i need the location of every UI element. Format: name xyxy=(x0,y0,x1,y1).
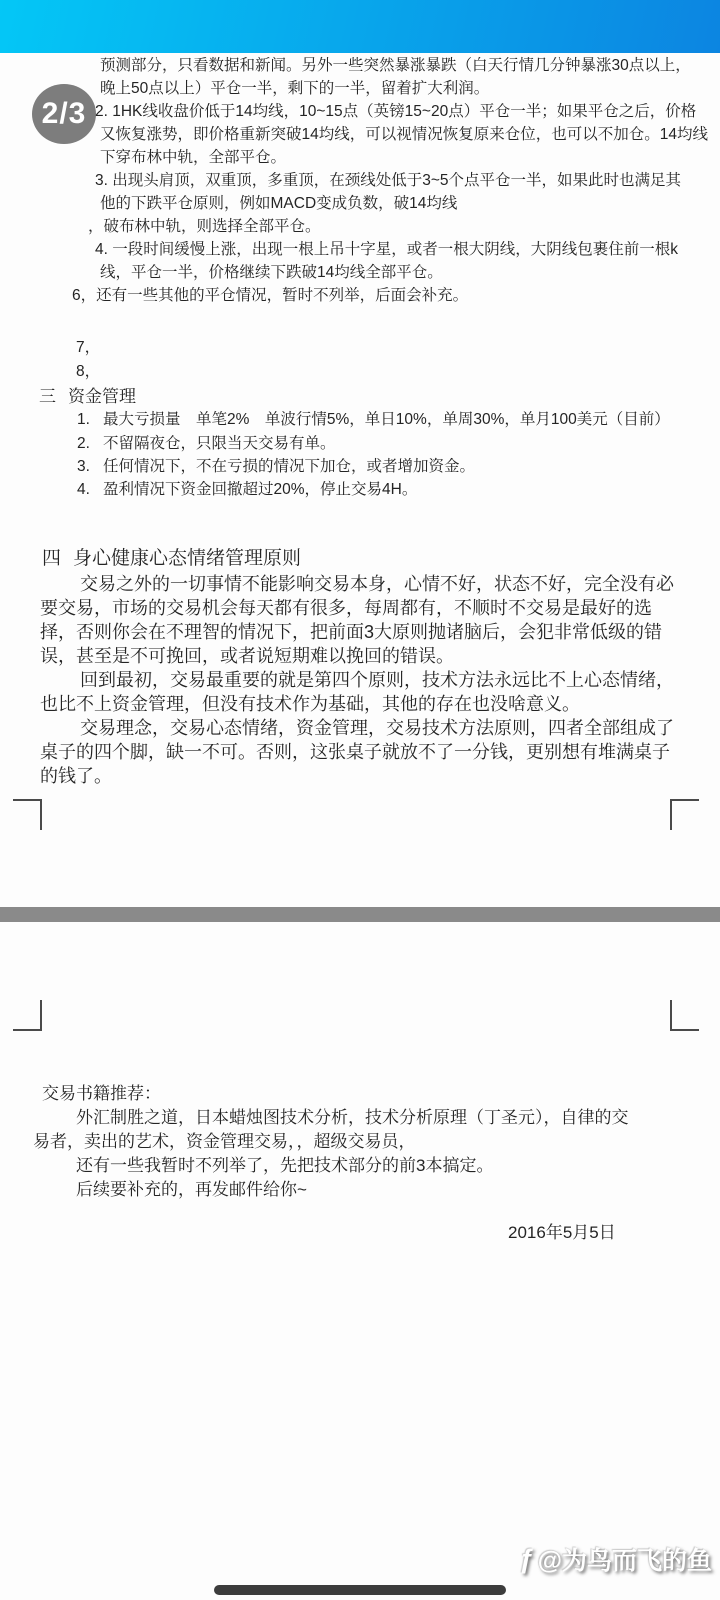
list-item-number: 2. xyxy=(77,434,103,453)
list-item-number: 4. xyxy=(77,480,103,499)
section-title: 资金管理 xyxy=(68,387,136,406)
doc-text-line: ，破布林中轨，则选择全部平仓。 xyxy=(88,217,321,236)
watermark: ƒ @为鸟而飞的鱼 xyxy=(519,1541,712,1577)
doc-text-line: 也比不上资金管理，但没有技术作为基础，其他的存在也没啥意义。 xyxy=(40,693,580,716)
doc-text-line: 4. 一段时间缓慢上涨，出现一根上吊十字星，或者一根大阴线，大阴线包裹住前一根k xyxy=(95,240,678,259)
doc-text-line: 桌子的四个脚，缺一不可。否则，这张桌子就放不了一分钱，更别想有堆满桌子 xyxy=(40,741,670,764)
list-item: 1.最大亏损量 单笔2% 单波行情5%，单日10%，单周30%，单月100美元（… xyxy=(77,410,670,429)
doc-text-line: 线，平仓一半，价格继续下跌破14均线全部平仓。 xyxy=(100,263,443,282)
doc-text-line: 择，否则你会在不理智的情况下，把前面3大原则抛诸脑后，会犯非常低级的错 xyxy=(40,621,662,644)
section-title: 身心健康心态情绪管理原则 xyxy=(73,548,301,569)
list-item-6: 6，还有一些其他的平仓情况，暂时不列举，后面会补充。 xyxy=(72,286,468,305)
list-item: 3.任何情况下，不在亏损的情况下加仓，或者增加资金。 xyxy=(77,457,475,476)
doc-text-line: 交易理念，交易心态情绪，资金管理，交易技术方法原则，四者全部组成了 xyxy=(80,717,674,740)
list-item: 4.盈利情况下资金回撤超过20%，停止交易4H。 xyxy=(77,480,417,499)
section-heading-mindset: 四身心健康心态情绪管理原则 xyxy=(42,547,301,571)
text-boundary-mark-bottom-left xyxy=(13,799,42,830)
list-item-8: 8， xyxy=(76,362,100,381)
section-heading-money-management: 三资金管理 xyxy=(39,386,136,407)
list-item-7: 7， xyxy=(76,338,100,357)
list-item-number: 3. xyxy=(77,457,103,476)
doc-text-line: 易者，卖出的艺术，资金管理交易，，超级交易员， xyxy=(33,1131,416,1152)
doc-text-line: 预测部分，只看数据和新闻。另外一些突然暴涨暴跌（白天行情几分钟暴涨30点以上， xyxy=(100,56,691,75)
text-boundary-mark-top-right xyxy=(670,1000,699,1031)
list-item: 2.不留隔夜仓，只限当天交易有单。 xyxy=(77,434,336,453)
section-number: 四 xyxy=(42,547,61,571)
screen: 2/3 预测部分，只看数据和新闻。另外一些突然暴涨暴跌（白天行情几分钟暴涨30点… xyxy=(0,0,720,1600)
doc-text-line: 外汇制胜之道，日本蜡烛图技术分析，技术分析原理（丁圣元），自律的交 xyxy=(76,1107,629,1128)
doc-text-line: 3. 出现头肩顶，双重顶，多重顶，在颈线处低于3~5个点平仓一半，如果此时也满足… xyxy=(95,171,681,190)
doc-text-line: 又恢复涨势，即价格重新突破14均线，可以视情况恢复原来仓位，也可以不加仓。14均… xyxy=(100,125,708,144)
page-divider-band xyxy=(0,907,720,922)
watermark-logo-icon: ƒ xyxy=(519,1544,534,1575)
home-indicator[interactable] xyxy=(214,1585,506,1595)
doc-text-line: 回到最初，交易最重要的就是第四个原则，技术方法永远比不上心态情绪， xyxy=(80,669,674,692)
list-item-text: 不留隔夜仓，只限当天交易有单。 xyxy=(103,435,336,452)
doc-text-line: 要交易，市场的交易机会每天都有很多，每周都有，不顺时不交易是最好的选 xyxy=(40,597,652,620)
list-item-text: 盈利情况下资金回撤超过20%，停止交易4H。 xyxy=(103,481,417,498)
list-item-text: 任何情况下，不在亏损的情况下加仓，或者增加资金。 xyxy=(103,458,475,475)
list-item-number: 1. xyxy=(77,410,103,429)
doc-text-line: 晚上50点以上）平仓一半，剩下的一半，留着扩大利润。 xyxy=(100,79,489,98)
doc-date: 2016年5月5日 xyxy=(508,1222,616,1243)
doc-text-line: 下穿布林中轨，全部平仓。 xyxy=(100,148,286,167)
doc-text-line: 他的下跌平仓原则，例如MACD变成负数，破14均线 xyxy=(100,194,457,213)
doc-text-line: 交易之外的一切事情不能影响交易本身，心情不好，状态不好，完全没有必 xyxy=(80,573,674,596)
text-boundary-mark-bottom-right xyxy=(670,799,699,830)
books-heading: 交易书籍推荐： xyxy=(42,1083,161,1104)
document-scroll-area[interactable]: 预测部分，只看数据和新闻。另外一些突然暴涨暴跌（白天行情几分钟暴涨30点以上， … xyxy=(0,0,720,1600)
doc-text-line: 还有一些我暂时不列举了，先把技术部分的前3本搞定。 xyxy=(76,1155,493,1176)
doc-text-line: 误，甚至是不可挽回，或者说短期难以挽回的错误。 xyxy=(40,645,454,668)
list-item-text: 最大亏损量 单笔2% 单波行情5%，单日10%，单周30%，单月100美元（目前… xyxy=(103,411,670,428)
doc-text-line: 的钱了。 xyxy=(40,765,112,788)
doc-text-line: 后续要补充的，再发邮件给你~ xyxy=(76,1179,307,1200)
watermark-handle: @为鸟而飞的鱼 xyxy=(538,1541,712,1577)
section-number: 三 xyxy=(39,386,56,407)
text-boundary-mark-top-left xyxy=(13,1000,42,1031)
doc-text-line: 2. 1HK线收盘价低于14均线，10~15点（英镑15~20点）平仓一半；如果… xyxy=(95,102,696,121)
